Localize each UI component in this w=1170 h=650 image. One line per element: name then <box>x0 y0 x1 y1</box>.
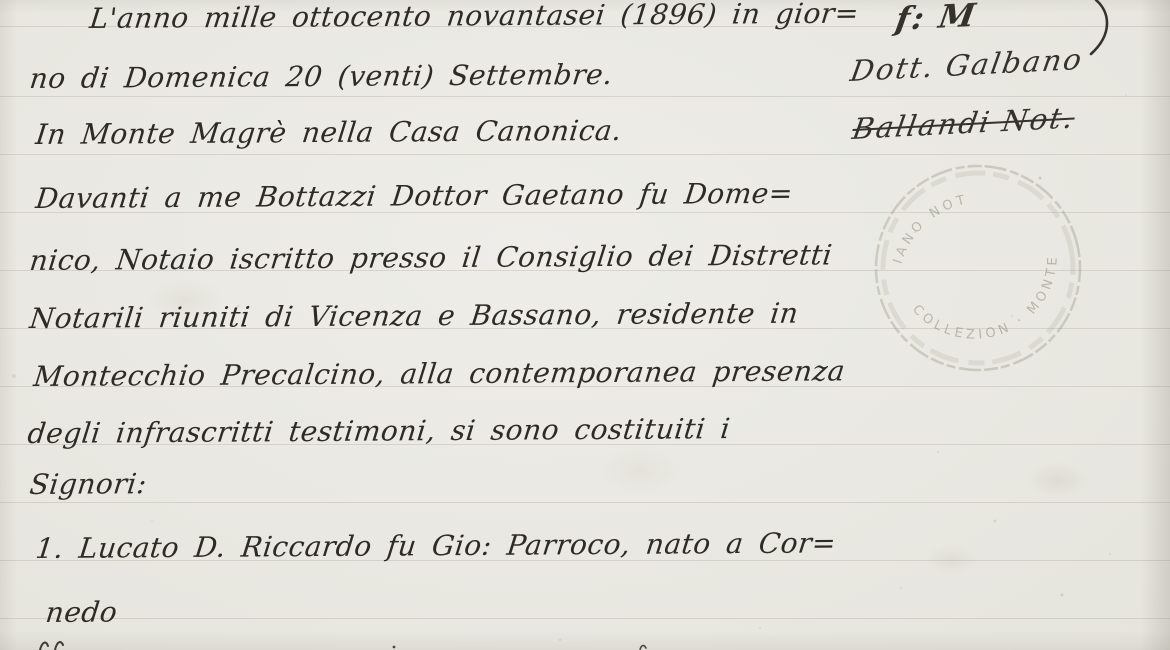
pen-flourish <box>1080 0 1120 60</box>
manuscript-line: nico, Notaio iscritto presso il Consigli… <box>28 238 834 277</box>
manuscript-line: degli infrascritti testimoni, si sono co… <box>26 412 732 450</box>
manuscript-line: Montecchio Precalcino, alla contemporane… <box>32 354 847 393</box>
margin-signature-name: Dott. Galbano <box>848 42 1086 88</box>
manuscript-line: 1. Lucato D. Riccardo fu Gio: Parroco, n… <box>34 526 838 565</box>
notarial-stamp: IANO NOT COLLEZION · MONTE <box>845 135 1112 402</box>
manuscript-line: no di Domenica 20 (venti) Settembre. <box>28 58 615 95</box>
manuscript-line: nedo <box>44 596 119 629</box>
manuscript-line: Notarili riuniti di Vicenza e Bassano, r… <box>28 297 800 335</box>
manuscript-line: Davanti a me Bottazzi Dottor Gaetano fu … <box>34 177 795 215</box>
manuscript-line: L'anno mille ottocento novantasei (1896)… <box>88 0 861 35</box>
stamp-top-arc-text: IANO NOT <box>879 192 980 269</box>
manuscript-page: IANO NOT COLLEZION · MONTE L'anno mille … <box>0 0 1170 650</box>
manuscript-line: In Monte Magrè nella Casa Canonica. <box>34 114 624 151</box>
margin-signature-initials: f: M <box>893 0 980 38</box>
cutoff-next-line-fragment <box>28 640 768 650</box>
stamp-bottom-arc-text: COLLEZION · MONTE <box>903 250 1077 359</box>
manuscript-line: Signori: <box>28 467 149 501</box>
